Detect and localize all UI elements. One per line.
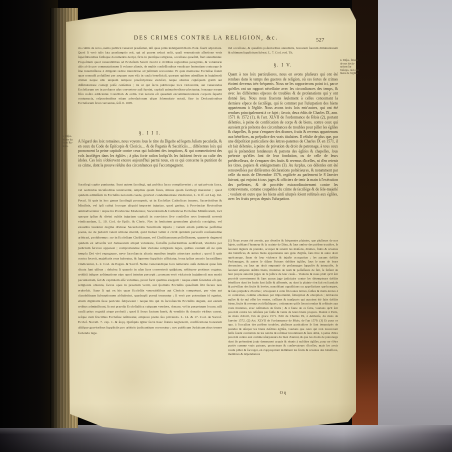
margin-note-left: 3. Diſpo- ſitions du Droit Ro- main. <box>62 135 77 148</box>
section-heading-4: §. I V. <box>228 63 338 68</box>
left-column-latin-citations: Sacrilegi capite puniuntur. Sunt autem ſ… <box>78 182 222 336</box>
right-column-paragraph: Quant à nos loix particulieres, nous en … <box>228 72 338 202</box>
running-header-title: DES CRIMES CONTRE LA RELIGION, &c. <box>78 35 334 41</box>
left-column-latin-continuation: ria cultûs de novo, nemo publicè venerar… <box>78 46 222 106</box>
signature-mark: O ij <box>228 390 338 395</box>
book-photo: DES CRIMES CONTRE LA RELIGION, &c. 527 r… <box>0 0 452 452</box>
left-column-paragraph: A l'égard des loix romaines, nous voyons… <box>78 139 222 168</box>
margin-note-right: 4. Diſpo- ſitions de nos decla- rations … <box>340 59 359 75</box>
page-content: DES CRIMES CONTRE LA RELIGION, &c. 527 r… <box>58 4 362 440</box>
right-column-latin-end: mâ occaſione, & quaeſitis poſterioribus … <box>228 46 338 55</box>
right-column-footnotes: (1) Nous avons été avertis, par diverſes… <box>228 239 338 357</box>
section-heading-3: §. I I I. <box>78 131 222 136</box>
background-wall <box>366 0 452 452</box>
page-number: 527 <box>316 37 336 43</box>
